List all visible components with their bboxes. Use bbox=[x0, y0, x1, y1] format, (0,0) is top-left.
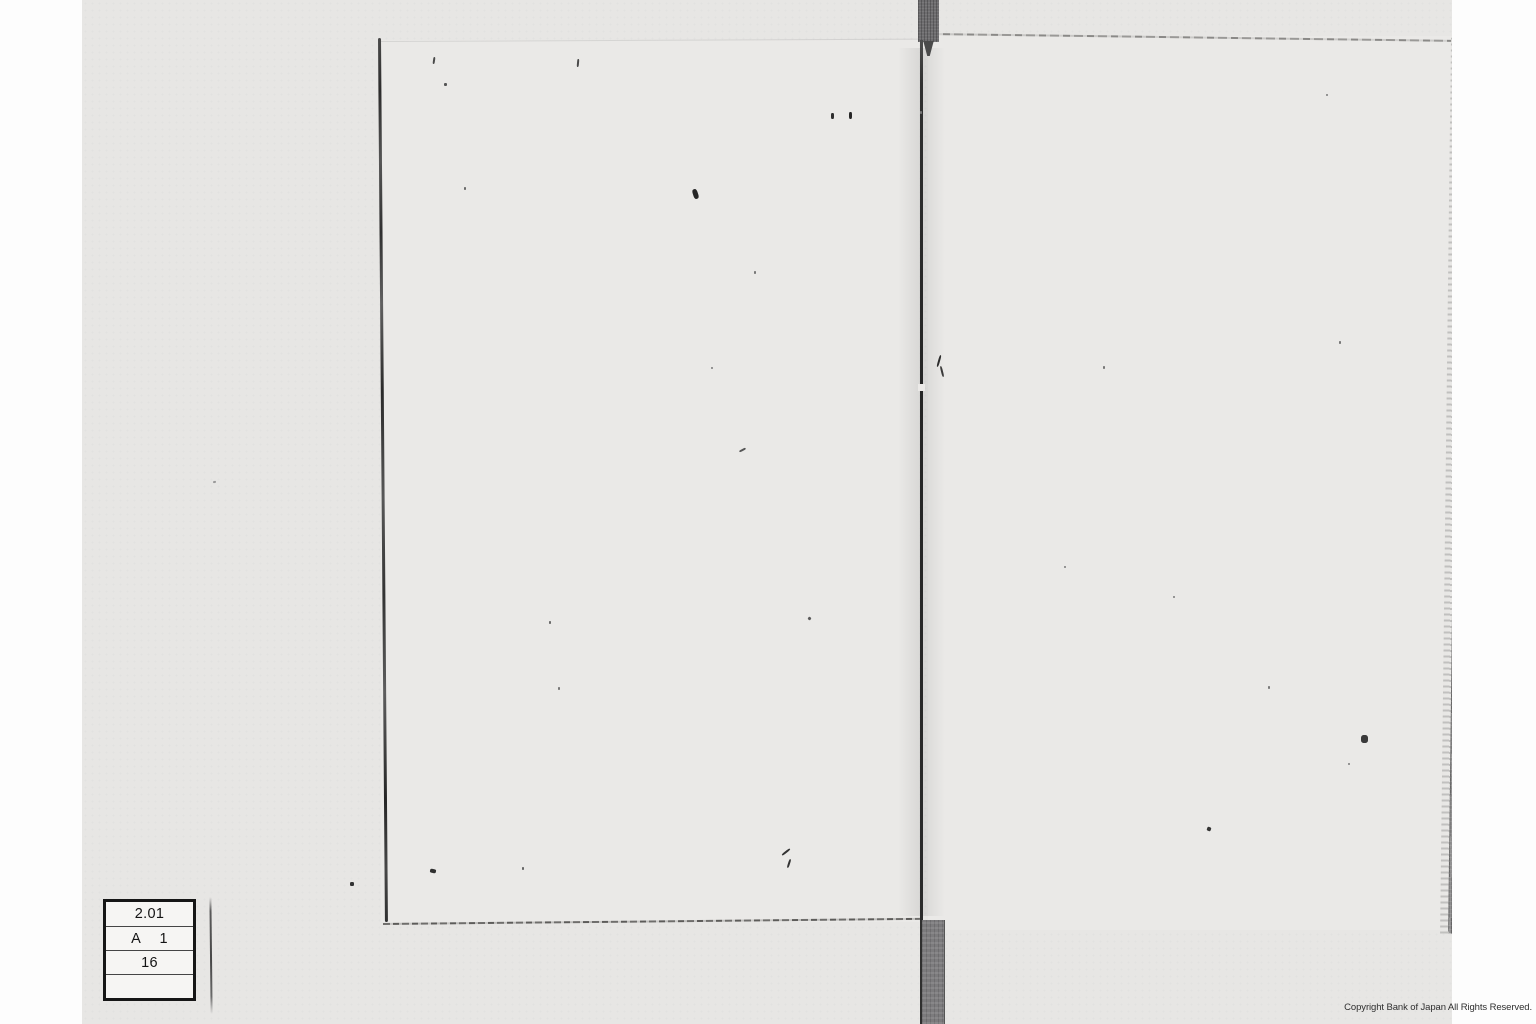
scan-speck bbox=[739, 447, 746, 452]
scan-speck bbox=[754, 271, 756, 274]
scan-speck bbox=[522, 867, 524, 870]
scan-speck bbox=[692, 188, 700, 199]
scan-speck bbox=[940, 366, 945, 377]
scan-speck bbox=[1348, 763, 1350, 765]
scan-speck bbox=[558, 687, 560, 690]
scan-speck bbox=[1206, 826, 1211, 831]
scan-speck bbox=[1064, 566, 1066, 568]
scan-speck bbox=[1326, 94, 1328, 96]
scan-speck bbox=[350, 882, 354, 886]
scan-speck bbox=[1339, 341, 1341, 344]
scan-speck bbox=[831, 113, 834, 119]
scan-speck bbox=[1173, 596, 1175, 598]
scan-speck bbox=[213, 481, 216, 483]
scan-speck bbox=[920, 111, 922, 114]
scan-noise-layer bbox=[0, 0, 1536, 1024]
scan-speck bbox=[1268, 686, 1270, 689]
scan-viewport: 2.01 A 1 16 Copyright Bank of Japan All … bbox=[0, 0, 1536, 1024]
scan-speck bbox=[1103, 366, 1105, 369]
scan-speck bbox=[711, 367, 713, 369]
scan-speck bbox=[577, 59, 580, 67]
scan-speck bbox=[849, 112, 852, 119]
scan-speck bbox=[787, 859, 792, 868]
scan-speck bbox=[464, 187, 466, 190]
scan-speck bbox=[549, 621, 551, 624]
scan-speck bbox=[444, 83, 447, 86]
scan-speck bbox=[433, 57, 436, 64]
scan-speck bbox=[1361, 735, 1368, 743]
scan-speck bbox=[430, 868, 437, 873]
scan-speck bbox=[807, 616, 811, 620]
scan-speck bbox=[781, 848, 790, 856]
